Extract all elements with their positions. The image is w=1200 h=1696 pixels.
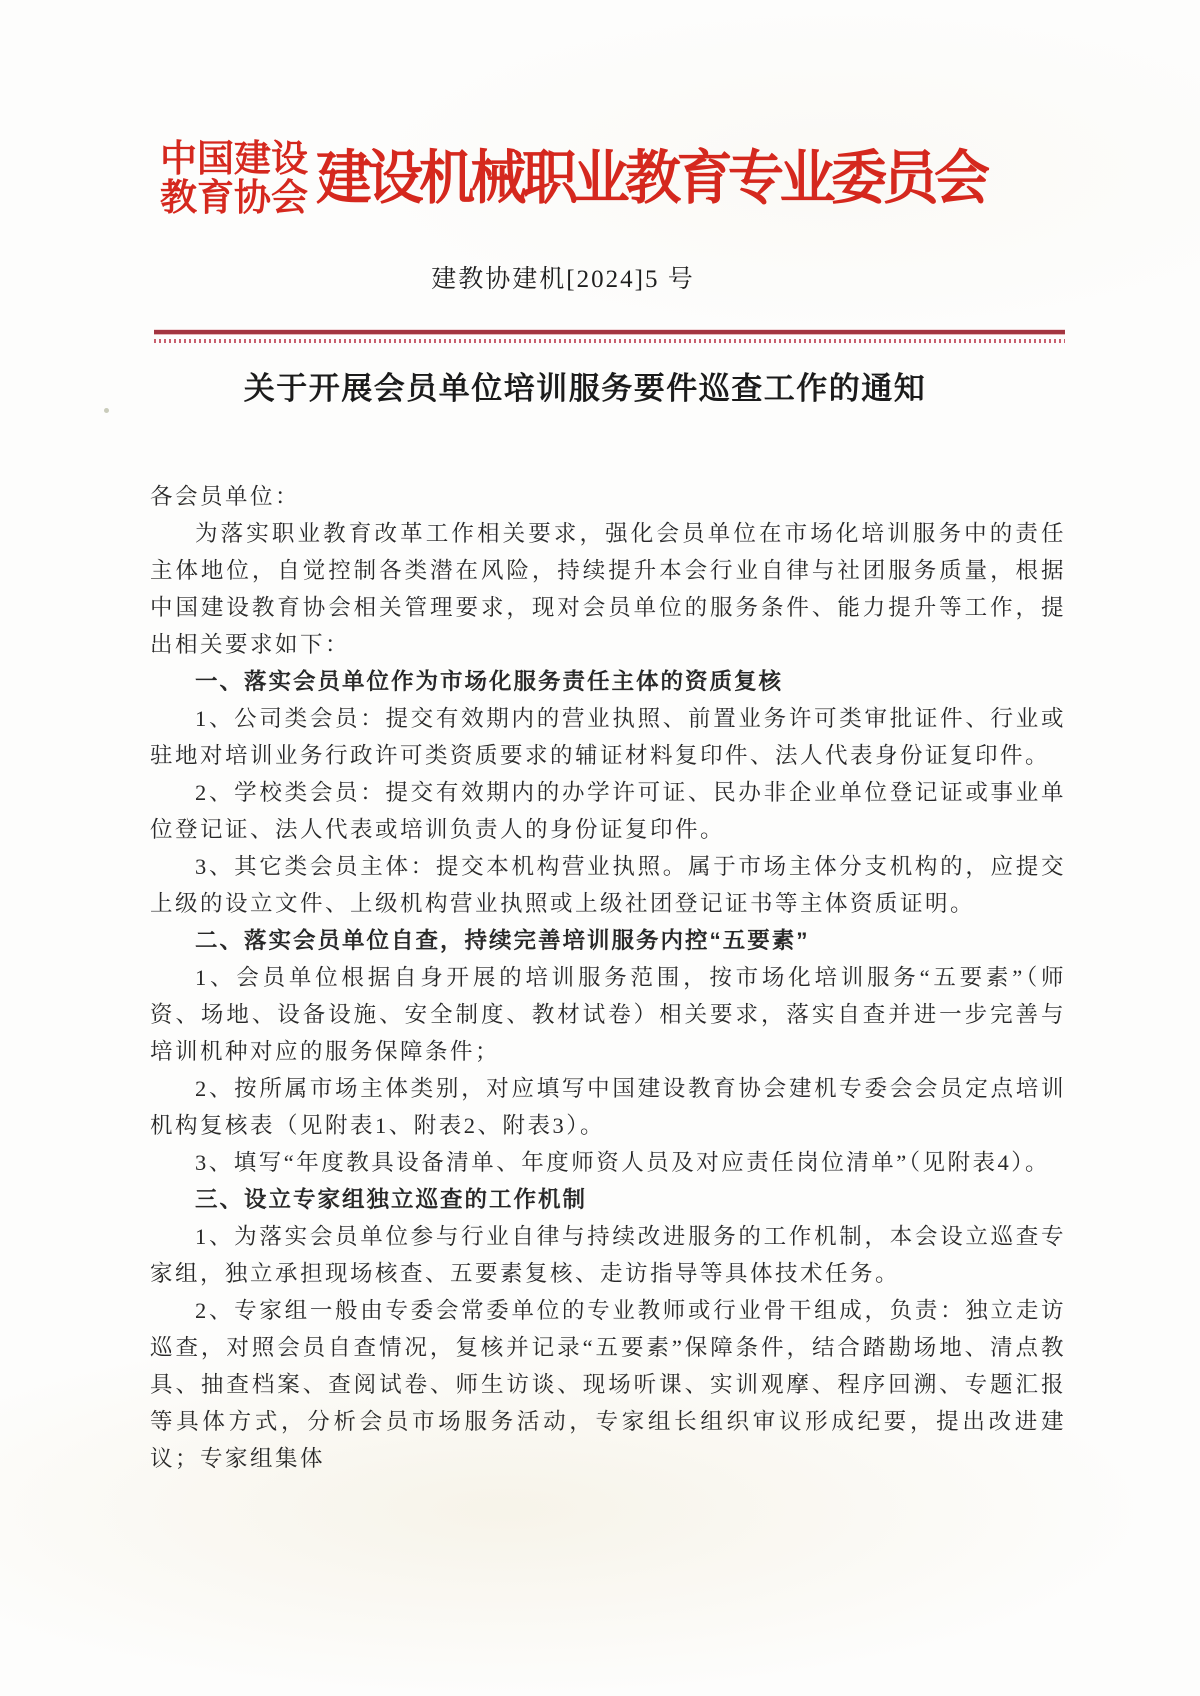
body-paragraph: 2、按所属市场主体类别，对应填写中国建设教育协会建机专委会会员定点培训机构复核表… [150, 1070, 1066, 1144]
body-paragraph: 2、专家组一般由专委会常委单位的专业教师或行业骨干组成，负责：独立走访巡查，对照… [150, 1292, 1066, 1477]
red-divider-dotted-line [154, 339, 1065, 343]
org-name-line1: 中国建设 [160, 141, 308, 180]
document-number: 建教协建机[2024]5 号 [0, 259, 1126, 295]
red-divider-solid-line [154, 330, 1065, 334]
body-paragraph: 3、其它类会员主体：提交本机构营业执照。属于市场主体分支机构的，应提交上级的设立… [150, 848, 1066, 922]
body-paragraph: 为落实职业教育改革工作相关要求，强化会员单位在市场化培训服务中的责任主体地位，自… [150, 515, 1066, 663]
committee-name: 建设机械职业教育专业委员会 [316, 142, 986, 217]
body-paragraph: 1、公司类会员：提交有效期内的营业执照、前置业务许可类审批证件、行业或驻地对培训… [150, 700, 1066, 774]
body-paragraph: 2、学校类会员：提交有效期内的办学许可证、民办非企业单位登记证或事业单位登记证、… [150, 774, 1066, 848]
body-paragraph: 3、填写“年度教具设备清单、年度师资人员及对应责任岗位清单”（见附表4）。 [150, 1144, 1066, 1181]
body-paragraph: 三、设立专家组独立巡查的工作机制 [150, 1181, 1066, 1218]
body-paragraph: 一、落实会员单位作为市场化服务责任主体的资质复核 [150, 663, 1066, 700]
body-paragraph: 二、落实会员单位自查，持续完善培训服务内控“五要素” [150, 922, 1066, 959]
body-paragraph: 1、会员单位根据自身开展的培训服务范围，按市场化培训服务“五要素”（师资、场地、… [150, 959, 1066, 1070]
document-page: 中国建设 教育协会 建设机械职业教育专业委员会 建教协建机[2024]5 号 关… [0, 0, 1200, 1696]
red-divider [154, 330, 1065, 343]
org-logo: 中国建设 教育协会 [160, 141, 308, 218]
scan-speck [104, 408, 109, 413]
document-title: 关于开展会员单位培训服务要件巡查工作的通知 [0, 363, 1170, 408]
document-body: 各会员单位： 为落实职业教育改革工作相关要求，强化会员单位在市场化培训服务中的责… [150, 478, 1066, 1477]
paragraph-list: 为落实职业教育改革工作相关要求，强化会员单位在市场化培训服务中的责任主体地位，自… [150, 515, 1066, 1477]
org-name-line2: 教育协会 [160, 180, 308, 219]
body-paragraph: 1、为落实会员单位参与行业自律与持续改进服务的工作机制，本会设立巡查专家组，独立… [150, 1218, 1066, 1292]
salutation: 各会员单位： [150, 478, 1066, 515]
